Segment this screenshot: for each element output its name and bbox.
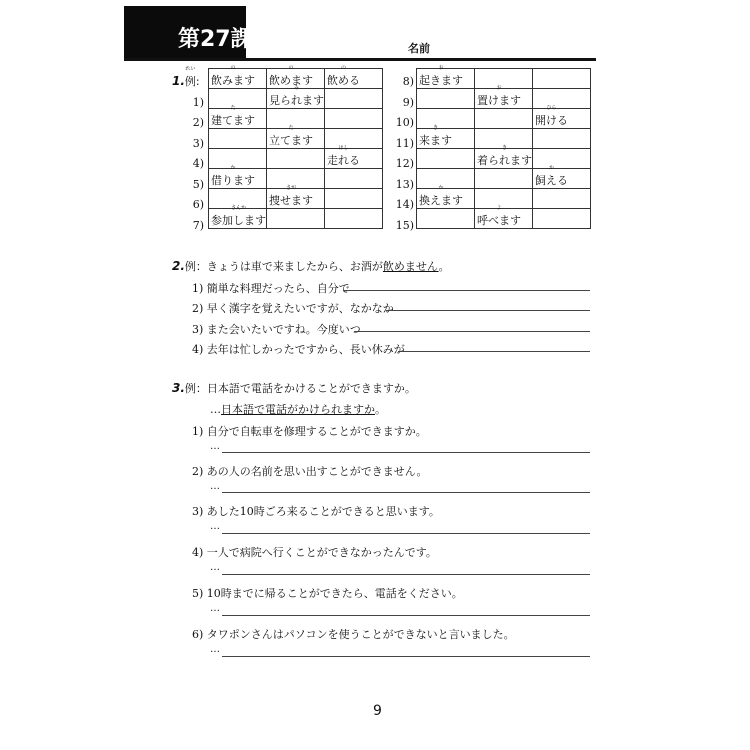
answer-cell[interactable] bbox=[475, 169, 533, 189]
answer-cell[interactable] bbox=[325, 169, 383, 189]
section-1-label: 1.れい例: bbox=[172, 73, 200, 89]
row-number: 15) bbox=[386, 219, 414, 232]
row-number: 10) bbox=[386, 116, 414, 129]
question-item: 1) 簡単な料理だったら、自分で bbox=[192, 280, 350, 296]
name-label: 名前 bbox=[408, 40, 430, 56]
answer-cell[interactable] bbox=[533, 209, 591, 229]
table-cell: ひら開ける bbox=[533, 109, 591, 129]
example-answer: …日本語で電話がかけられますか。 bbox=[210, 401, 386, 417]
question-item: 6) タワポンさんはパソコンを使うことができないと言いました。 bbox=[192, 626, 515, 642]
row-number: 8) bbox=[386, 75, 414, 88]
header-rule bbox=[124, 58, 596, 61]
answer-prefix: … bbox=[210, 441, 220, 452]
table-cell: さんか参加します bbox=[209, 209, 267, 229]
answer-cell[interactable] bbox=[475, 109, 533, 129]
row-number: 4) bbox=[176, 157, 204, 170]
row-number: 11) bbox=[386, 137, 414, 150]
lesson-title: 第27課 bbox=[178, 22, 253, 53]
table-cell: か借ります bbox=[209, 169, 267, 189]
question-item: 3) あした10時ごろ来ることができると思います。 bbox=[192, 503, 440, 519]
answer-cell[interactable] bbox=[267, 209, 325, 229]
question-item: 1) 自分で自転車を修理することができますか。 bbox=[192, 423, 427, 439]
answer-blank[interactable] bbox=[222, 452, 590, 453]
answer-cell[interactable] bbox=[325, 89, 383, 109]
table-cell: の飲める bbox=[325, 69, 383, 89]
answer-blank[interactable] bbox=[398, 351, 590, 352]
answer-cell[interactable] bbox=[325, 189, 383, 209]
table-row: さんか参加します bbox=[209, 209, 383, 229]
table-cell: み見られます bbox=[267, 89, 325, 109]
page-number: 9 bbox=[373, 703, 382, 719]
conjugation-table-left: の飲みます の飲めます の飲める み見られます た建てます た立てます はし走れ… bbox=[208, 68, 383, 229]
row-number: 9) bbox=[386, 96, 414, 109]
answer-blank[interactable] bbox=[222, 656, 590, 657]
row-number: 5) bbox=[176, 178, 204, 191]
table-cell: さが捜せます bbox=[267, 189, 325, 209]
table-cell: た建てます bbox=[209, 109, 267, 129]
table-cell: よ呼べます bbox=[475, 209, 533, 229]
answer-blank[interactable] bbox=[222, 615, 590, 616]
table-cell: か飼える bbox=[533, 169, 591, 189]
answer-prefix: … bbox=[210, 481, 220, 492]
answer-cell[interactable] bbox=[533, 69, 591, 89]
question-item: 3) また会いたいですね。今度いつ bbox=[192, 321, 361, 337]
answer-blank[interactable] bbox=[222, 574, 590, 575]
answer-cell[interactable] bbox=[267, 149, 325, 169]
answer-cell[interactable] bbox=[209, 129, 267, 149]
table-cell: き来ます bbox=[417, 129, 475, 149]
row-number: 6) bbox=[176, 198, 204, 211]
question-item: 4) 一人で病院へ行くことができなかったんです。 bbox=[192, 544, 437, 560]
answer-cell[interactable] bbox=[325, 209, 383, 229]
answer-blank[interactable] bbox=[354, 331, 590, 332]
conjugation-table-right: お起きます お置けます ひら開ける き来ます き着られます か飼える か換えます… bbox=[416, 68, 591, 229]
table-cell: お起きます bbox=[417, 69, 475, 89]
table-cell: はし走れる bbox=[325, 149, 383, 169]
table-cell: お置けます bbox=[475, 89, 533, 109]
table-cell: の飲みます bbox=[209, 69, 267, 89]
answer-blank[interactable] bbox=[343, 290, 590, 291]
answer-cell[interactable] bbox=[325, 109, 383, 129]
answer-blank[interactable] bbox=[222, 533, 590, 534]
answer-cell[interactable] bbox=[417, 209, 475, 229]
row-number: 3) bbox=[176, 137, 204, 150]
section-3-example: 3.例：日本語で電話をかけることができますか。 bbox=[172, 380, 416, 396]
row-number: 2) bbox=[176, 116, 204, 129]
row-number: 1) bbox=[176, 96, 204, 109]
section-2-example: 2.例：きょうは車で来ましたから、お酒が飲めません。 bbox=[172, 258, 450, 274]
answer-prefix: … bbox=[210, 644, 220, 655]
row-number: 12) bbox=[386, 157, 414, 170]
answer-prefix: … bbox=[210, 603, 220, 614]
row-number: 7) bbox=[176, 219, 204, 232]
answer-cell[interactable] bbox=[533, 189, 591, 209]
table-cell: か換えます bbox=[417, 189, 475, 209]
answer-cell[interactable] bbox=[417, 89, 475, 109]
answer-cell[interactable] bbox=[417, 149, 475, 169]
table-cell: き着られます bbox=[475, 149, 533, 169]
answer-blank[interactable] bbox=[222, 492, 590, 493]
row-number: 14) bbox=[386, 198, 414, 211]
answer-blank[interactable] bbox=[386, 310, 590, 311]
table-row: よ呼べます bbox=[417, 209, 591, 229]
answer-prefix: … bbox=[210, 521, 220, 532]
answer-prefix: … bbox=[210, 562, 220, 573]
question-item: 5) 10時までに帰ることができたら、電話をください。 bbox=[192, 585, 463, 601]
question-item: 2) 早く漢字を覚えたいですが、なかなか bbox=[192, 300, 394, 316]
row-number: 13) bbox=[386, 178, 414, 191]
question-item: 4) 去年は忙しかったですから、長い休みが bbox=[192, 341, 405, 357]
question-item: 2) あの人の名前を思い出すことができません。 bbox=[192, 463, 427, 479]
answer-cell[interactable] bbox=[533, 129, 591, 149]
table-cell: た立てます bbox=[267, 129, 325, 149]
